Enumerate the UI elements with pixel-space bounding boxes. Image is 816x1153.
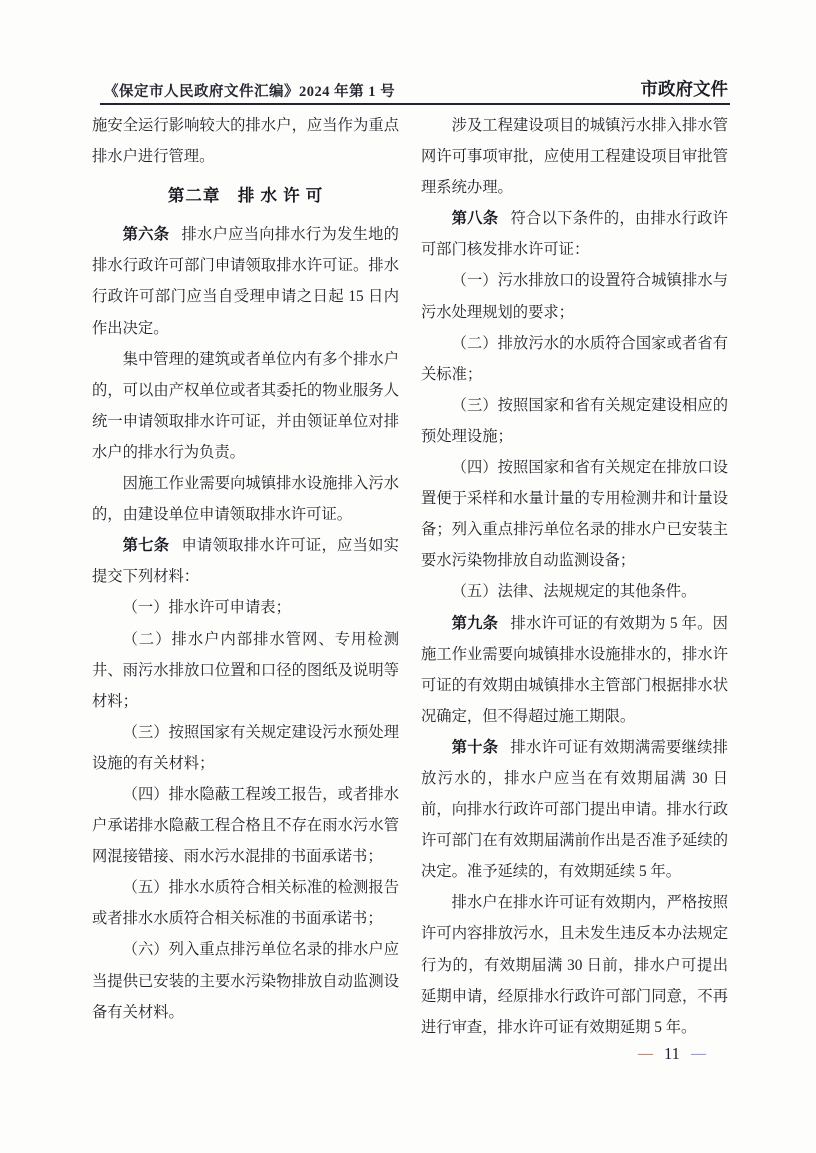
list-item: （二）排水户内部排水管网、专用检测井、雨污水排放口位置和口径的图纸及说明等材料； — [92, 624, 399, 717]
list-item: （六）列入重点排污单位名录的排水户应当提供已安装的主要水污染物排放自动监测设备有… — [92, 934, 399, 1027]
page-footer: — 11 — — [612, 1042, 732, 1066]
document-body: 施安全运行影响较大的排水户，应当作为重点排水户进行管理。 第二章 排 水 许 可… — [92, 110, 728, 1043]
header-doc-category: 市政府文件 — [641, 76, 729, 101]
header-compilation-title: 《保定市人民政府文件汇编》2024 年第 1 号 — [104, 80, 395, 101]
list-item: （二）排放污水的水质符合国家或者省有关标准； — [421, 328, 728, 390]
list-item: （五）排水水质符合相关标准的检测报告或者排水水质符合相关标准的书面承诺书； — [92, 872, 399, 934]
paragraph: 涉及工程建设项目的城镇污水排入排水管网许可事项审批，应使用工程建设项目审批管理系… — [421, 110, 728, 203]
list-item: （一）排水许可申请表； — [92, 592, 399, 623]
article-paragraph: 第八条符合以下条件的，由排水行政许可部门核发排水许可证： — [421, 203, 728, 265]
list-item: （四）按照国家和省有关规定在排放口设置便于采样和水量计量的专用检测井和计量设备；… — [421, 452, 728, 576]
page-number: 11 — [664, 1042, 680, 1066]
paragraph: 集中管理的建筑或者单位内有多个排水户的，可以由产权单位或者其委托的物业服务人统一… — [92, 344, 399, 468]
list-item: （三）按照国家和省有关规定建设相应的预处理设施； — [421, 390, 728, 452]
list-item: （三）按照国家有关规定建设污水预处理设施的有关材料； — [92, 717, 399, 779]
article-number: 第八条 — [452, 210, 499, 227]
paragraph-text: 排水许可证有效期满需要继续排放污水的，排水户应当在有效期届满 30 日前，向排水… — [421, 739, 728, 880]
paragraph: 因施工作业需要向城镇排水设施排入污水的，由建设单位申请领取排水许可证。 — [92, 468, 399, 530]
article-number: 第六条 — [123, 226, 170, 243]
list-item: （五）法律、法规规定的其他条件。 — [421, 576, 728, 607]
article-paragraph: 第七条申请领取排水许可证，应当如实提交下列材料： — [92, 530, 399, 592]
paragraph-continued: 施安全运行影响较大的排水户，应当作为重点排水户进行管理。 — [92, 110, 399, 172]
chapter-heading: 第二章 排 水 许 可 — [92, 180, 399, 211]
left-column: 施安全运行影响较大的排水户，应当作为重点排水户进行管理。 第二章 排 水 许 可… — [92, 110, 399, 1043]
article-paragraph: 第十条排水许可证有效期满需要继续排放污水的，排水户应当在有效期届满 30 日前，… — [421, 732, 728, 887]
footer-dash-left: — — [638, 1042, 653, 1066]
article-number: 第七条 — [123, 537, 170, 554]
paragraph: 排水户在排水许可证有效期内，严格按照许可内容排放污水，且未发生违反本办法规定行为… — [421, 887, 728, 1042]
article-number: 第十条 — [452, 739, 499, 756]
article-number: 第九条 — [452, 615, 499, 632]
footer-dash-right: — — [691, 1042, 706, 1066]
header-divider — [100, 103, 730, 105]
article-paragraph: 第九条排水许可证的有效期为 5 年。因施工作业需要向城镇排水设施排水的，排水许可… — [421, 608, 728, 732]
right-column: 涉及工程建设项目的城镇污水排入排水管网许可事项审批，应使用工程建设项目审批管理系… — [421, 110, 728, 1043]
list-item: （四）排水隐蔽工程竣工报告，或者排水户承诺排水隐蔽工程合格且不存在雨水污水管网混… — [92, 779, 399, 872]
document-page: 《保定市人民政府文件汇编》2024 年第 1 号 市政府文件 施安全运行影响较大… — [0, 0, 816, 1153]
list-item: （一）污水排放口的设置符合城镇排水与污水处理规划的要求； — [421, 265, 728, 327]
article-paragraph: 第六条排水户应当向排水行为发生地的排水行政许可部门申请领取排水许可证。排水行政许… — [92, 219, 399, 343]
